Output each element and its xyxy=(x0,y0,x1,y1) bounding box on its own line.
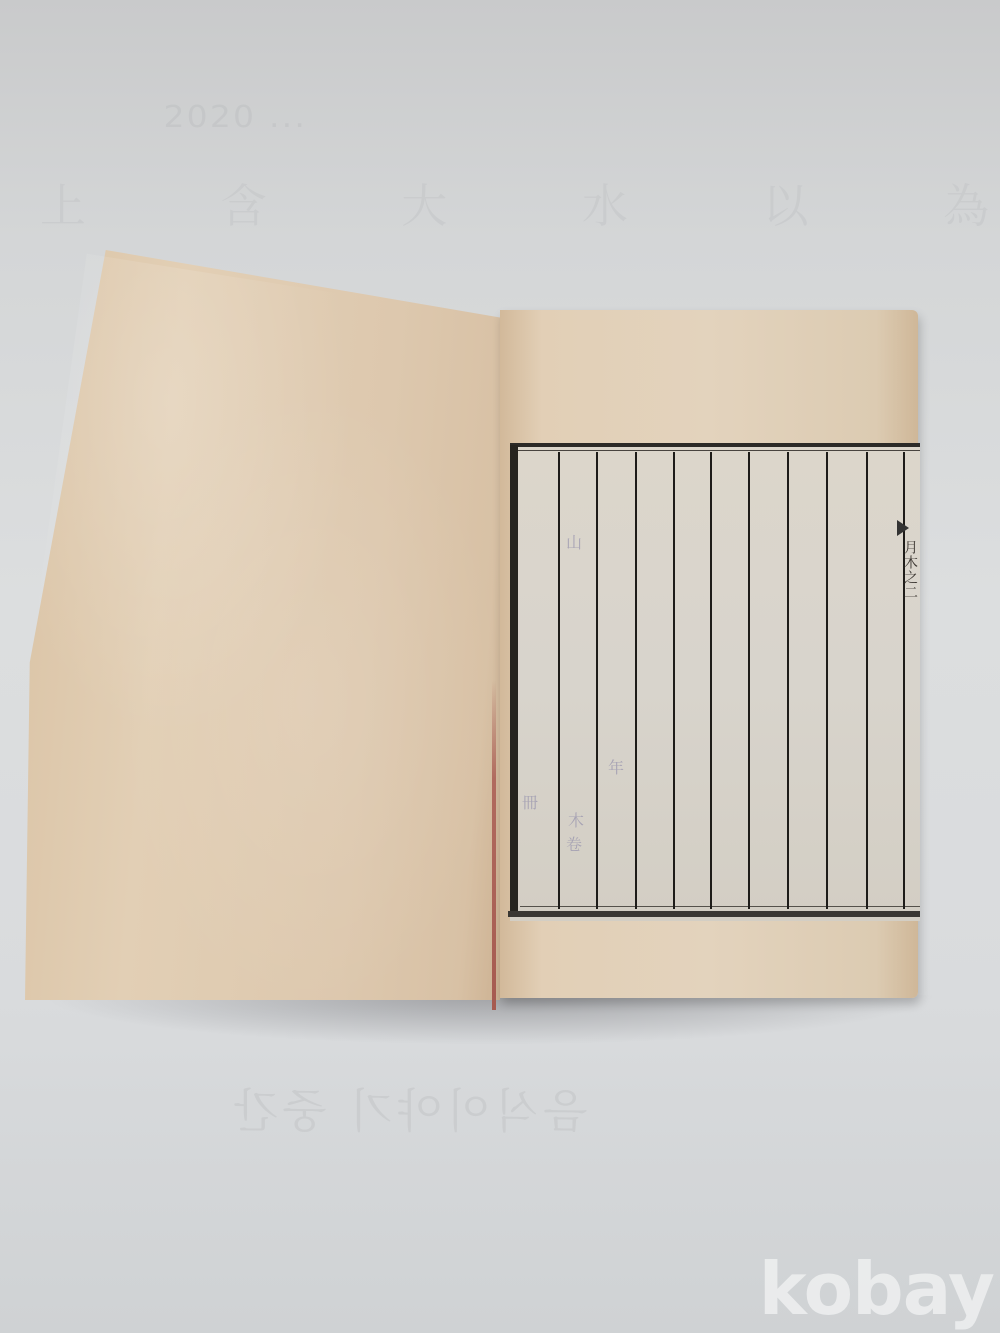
frame-left-border xyxy=(510,445,518,915)
frame-top-border xyxy=(510,443,920,447)
frame-top-inner-line xyxy=(515,450,920,451)
fish-tail-marker-icon xyxy=(897,520,909,536)
column-line xyxy=(787,452,789,909)
pencil-mark: 山 xyxy=(566,530,582,553)
column-line xyxy=(635,452,637,909)
book-shadow xyxy=(40,995,940,1045)
pencil-mark: 冊 xyxy=(522,790,538,813)
pencil-mark: 卷 xyxy=(566,832,582,855)
binding-thread xyxy=(492,680,496,1010)
column-line xyxy=(866,452,868,909)
page-edge-title: 月木之二 xyxy=(902,540,918,600)
pencil-mark: 木 xyxy=(568,808,584,831)
ghost-text-bottom: 음식이야기 중간 xyxy=(230,1075,588,1141)
left-page-texture xyxy=(25,250,500,1000)
frame-bottom-inner-line xyxy=(520,906,920,907)
column-line xyxy=(748,452,750,909)
frame-bottom-border xyxy=(508,911,920,917)
ghost-glyphs-top: 上 含 大 水 以 為 xyxy=(40,170,1000,236)
ghost-text-top: 2020 ... xyxy=(163,100,307,135)
column-line xyxy=(673,452,675,909)
pencil-mark: 年 xyxy=(608,755,624,778)
column-line xyxy=(826,452,828,909)
column-line xyxy=(558,452,560,909)
column-line xyxy=(710,452,712,909)
column-line xyxy=(596,452,598,909)
kobay-watermark: kobay xyxy=(759,1247,994,1331)
